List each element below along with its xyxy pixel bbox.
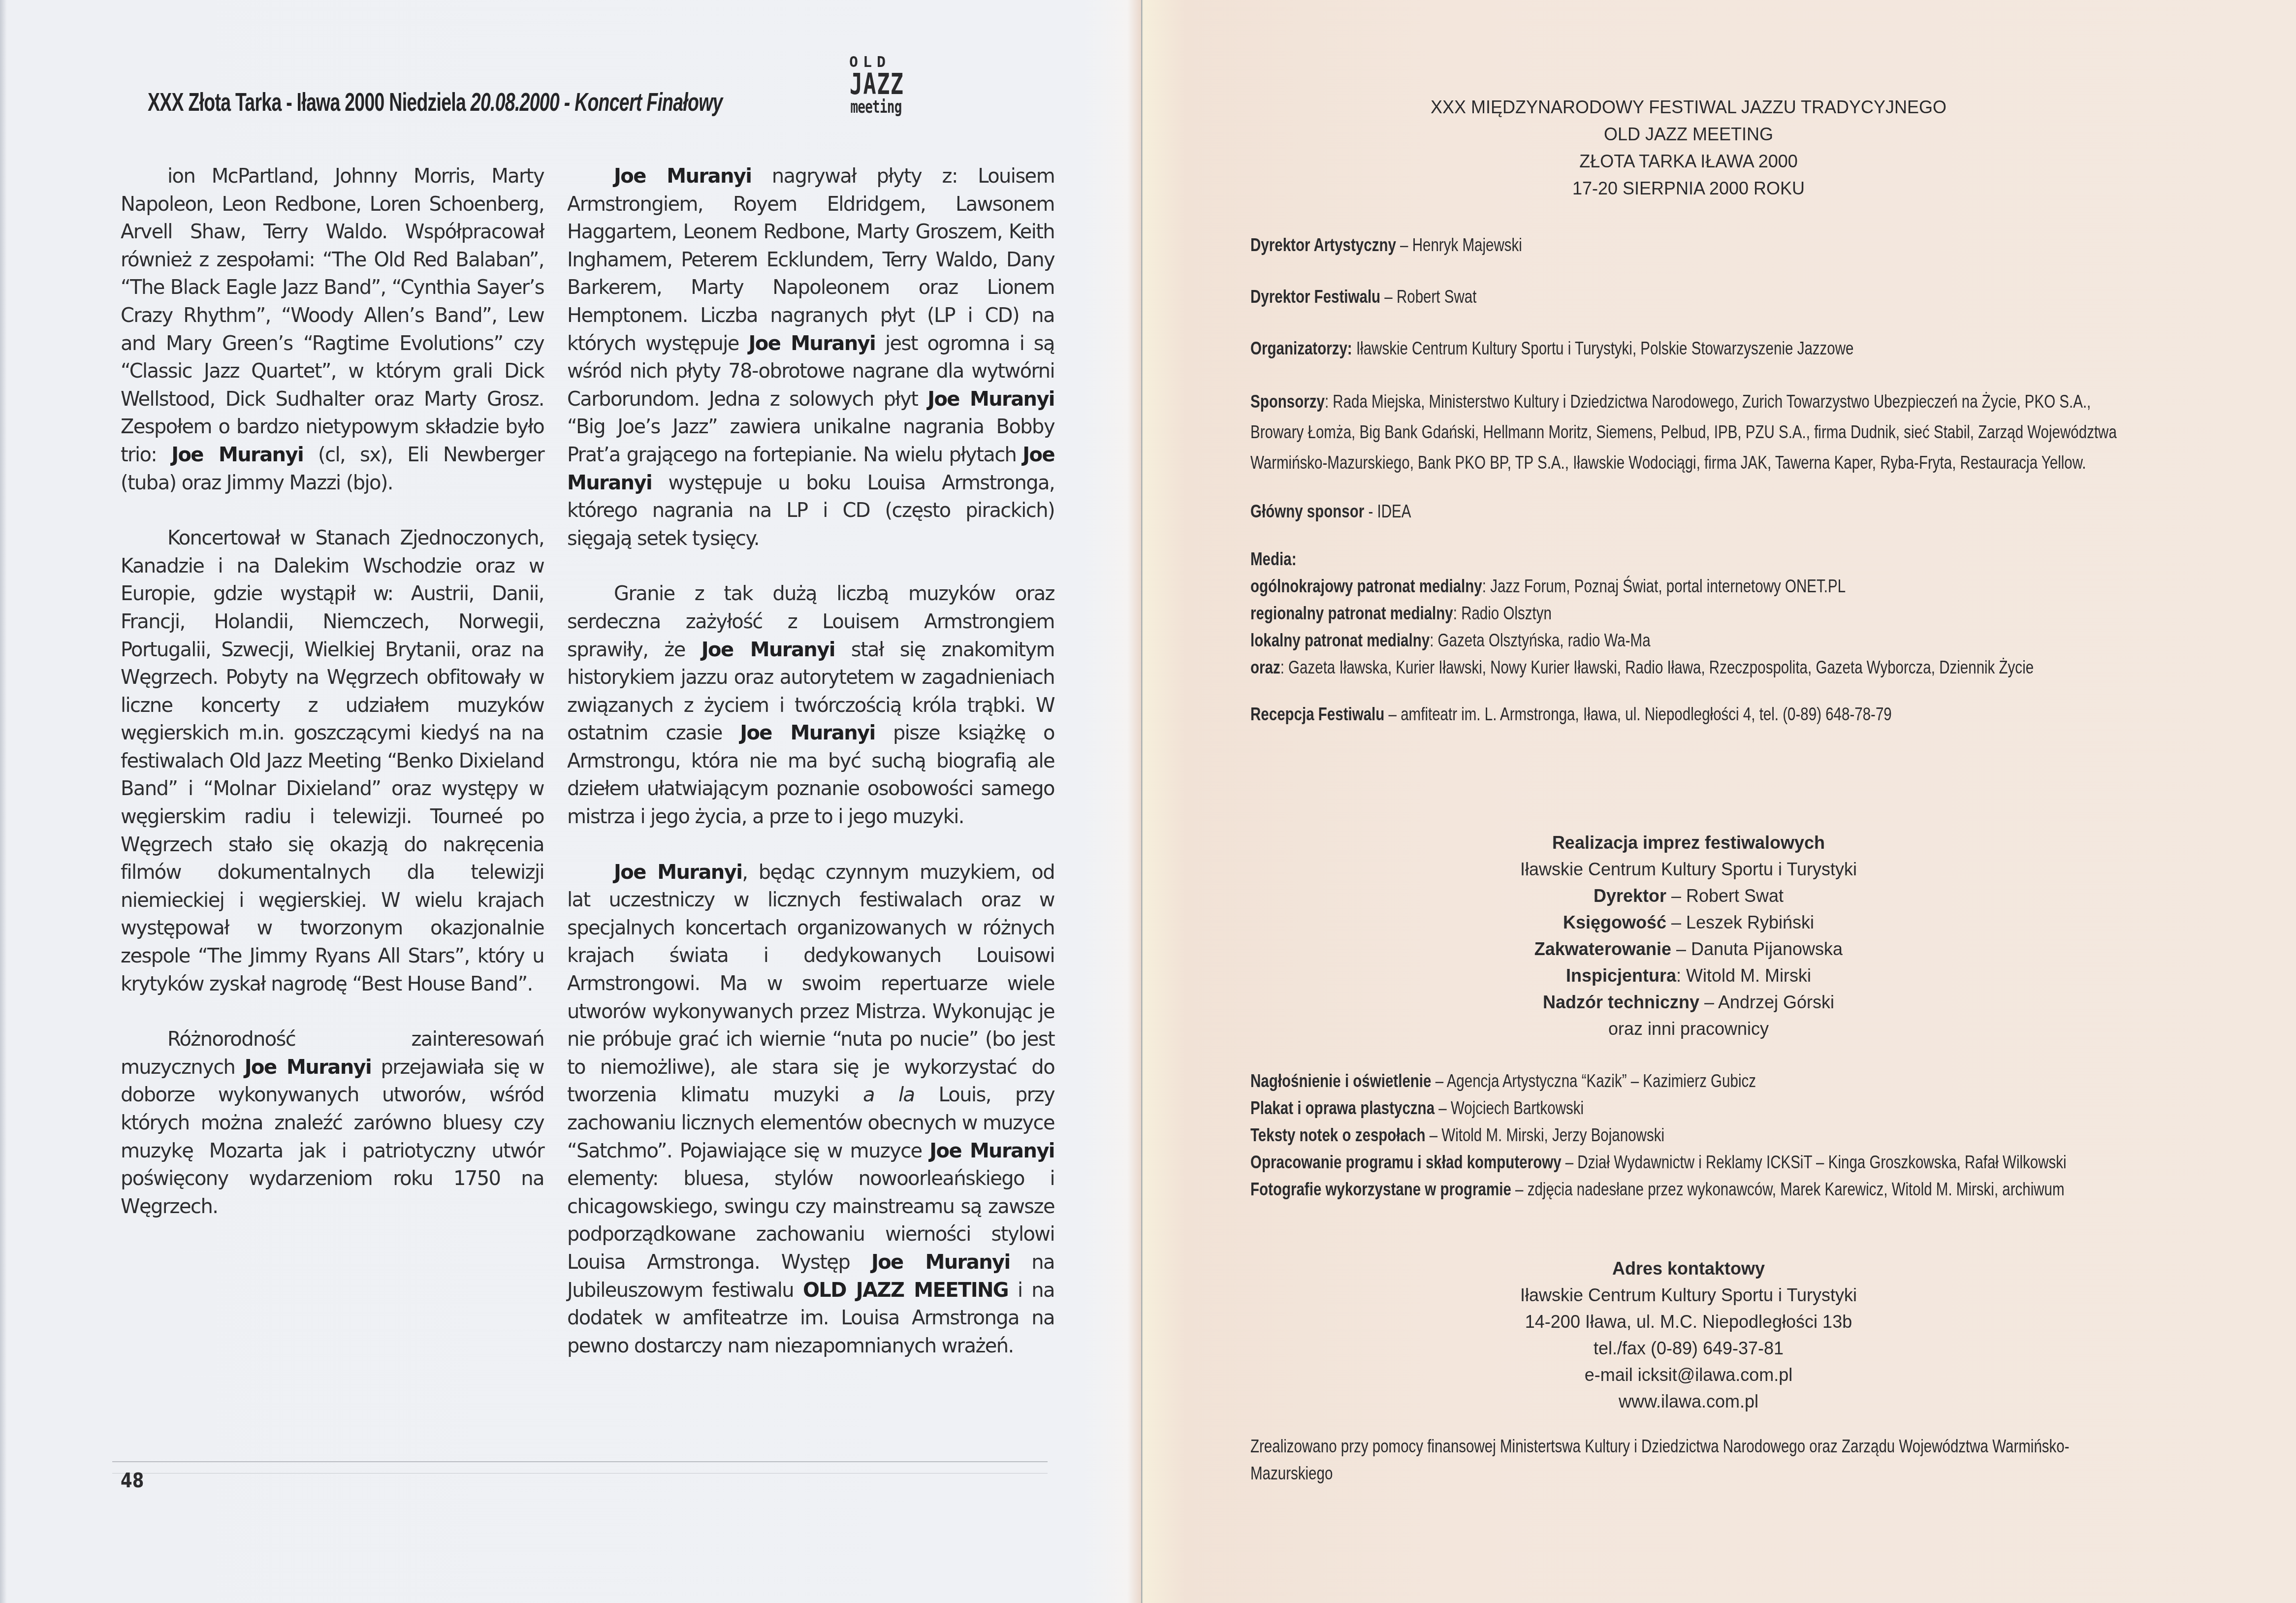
contact-email: e-mail icksit@ilawa.com.pl [1250,1362,2127,1388]
contact-line: 14-200 Iława, ul. M.C. Niepodległości 13… [1250,1309,2127,1335]
credit-item: Teksty notek o zespołach – Witold M. Mir… [1250,1122,2126,1149]
footer-divider [112,1461,1048,1462]
funding-note: Zrealizowano przy pomocy finansowej Mini… [1250,1433,2126,1487]
festival-reception: Recepcja Festiwalu – amfiteatr im. L. Ar… [1250,701,2126,728]
festival-credits: XXX MIĘDZYNARODOWY FESTIWAL JAZZU TRADYC… [1250,94,2127,728]
credits-body: Dyrektor Artystyczny – Henryk Majewski D… [1250,202,2126,728]
event-staff-block: Realizacja imprez festiwalowych Iławskie… [1250,830,2127,1042]
contact-address: Adres kontaktowy Iławskie Centrum Kultur… [1250,1255,2127,1415]
media-local: lokalny patronat medialny: Gazeta Olszty… [1250,627,2126,654]
sponsors: Sponsorzy: Rada Miejska, Ministerstwo Ku… [1250,386,2126,478]
page-number: 48 [121,1470,144,1492]
logo-line-jazz: JAZZ [850,70,891,98]
artistic-director: Dyrektor Artystyczny – Henryk Majewski [1250,231,2126,258]
staff-item: Nadzór techniczny – Andrzej Górski [1250,989,2127,1016]
footer-divider [112,1473,1048,1474]
staff-item: Księgowość – Leszek Rybiński [1250,909,2127,936]
staff-footer: oraz inni pracownicy [1250,1016,2127,1042]
festival-director: Dyrektor Festiwalu – Robert Swat [1250,283,2126,310]
paragraph: Joe Muranyi, będąc czynnym muzykiem, od … [567,859,1054,1360]
production-credits: Nagłośnienie i oświetlenie – Agencja Art… [1250,1067,2126,1203]
artist-name: Joe Muranyi [171,444,303,466]
staff-org: Iławskie Centrum Kultury Sportu i Turyst… [1250,856,2127,883]
organizers: Organizatorzy: Iławskie Centrum Kultury … [1250,335,2126,362]
contact-phone: tel./fax (0-89) 649-37-81 [1250,1335,2127,1362]
media-other: oraz: Gazeta Iławska, Kurier Iławski, No… [1250,654,2126,681]
contact-heading: Adres kontaktowy [1250,1255,2127,1282]
media-national: ogólnokrajowy patronat medialny: Jazz Fo… [1250,573,2126,600]
header-title: XXX Złota Tarka - Iława 2000 Niedziela [148,88,471,117]
left-page: XXX Złota Tarka - Iława 2000 Niedziela 2… [0,0,1141,1603]
credit-item: Nagłośnienie i oświetlenie – Agencja Art… [1250,1067,2126,1094]
paragraph: Joe Muranyi nagrywał płyty z: Louisem Ar… [567,162,1054,552]
paragraph: Granie z tak dużą liczbą muzyków oraz se… [567,580,1054,831]
staff-item: Inspicjentura: Witold M. Mirski [1250,962,2127,989]
logo-line-meeting: meeting [850,98,889,116]
header-date-event: 20.08.2000 - Koncert Finałowy [471,88,723,117]
media-regional: regionalny patronat medialny: Radio Olsz… [1250,600,2126,627]
artist-name: Joe Muranyi [245,1056,371,1079]
paragraph: Koncertował w Stanach Zjednoczonych, Kan… [121,524,544,998]
staff-heading: Realizacja imprez festiwalowych [1250,830,2127,856]
media-heading: Media: [1250,545,2126,573]
staff-item: Dyrektor – Robert Swat [1250,883,2127,909]
festival-title: XXX MIĘDZYNARODOWY FESTIWAL JAZZU TRADYC… [1250,94,2127,202]
staff-item: Zakwaterowanie – Danuta Pijanowska [1250,936,2127,962]
article-column-1: ion McPartland, Johnny Morris, Marty Nap… [121,162,544,1248]
old-jazz-meeting-logo: OLD JAZZ meeting [843,55,897,116]
main-sponsor: Główny sponsor - IDEA [1250,498,2126,525]
credit-item: Plakat i oprawa plastyczna – Wojciech Ba… [1250,1094,2126,1122]
paragraph: Różnorodność zainteresowań muzycznych Jo… [121,1026,544,1220]
contact-website: www.ilawa.com.pl [1250,1388,2127,1415]
credit-item: Opracowanie programu i skład komputerowy… [1250,1149,2126,1176]
paragraph: ion McPartland, Johnny Morris, Marty Nap… [121,162,544,497]
article-column-2: Joe Muranyi nagrywał płyty z: Louisem Ar… [567,162,1054,1387]
contact-line: Iławskie Centrum Kultury Sportu i Turyst… [1250,1282,2127,1309]
running-header: XXX Złota Tarka - Iława 2000 Niedziela 2… [148,88,723,117]
credit-item: Fotografie wykorzystane w programie – zd… [1250,1176,2126,1203]
